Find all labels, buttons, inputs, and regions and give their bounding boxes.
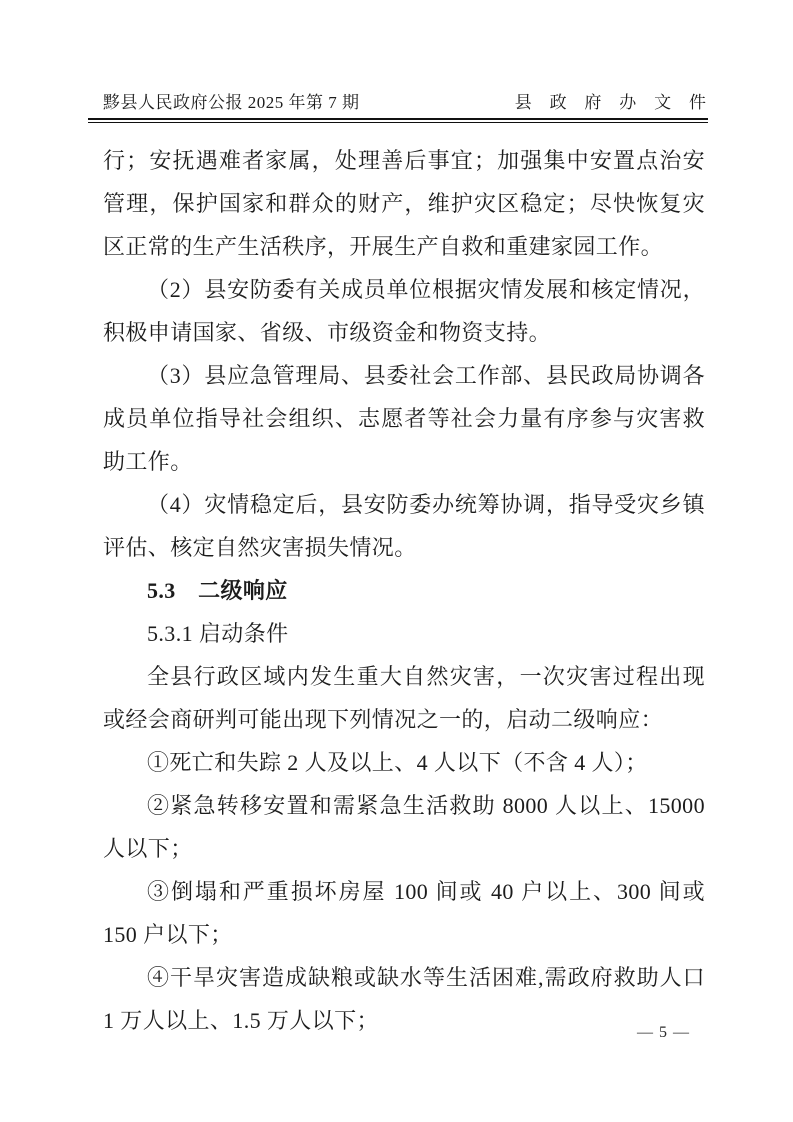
body-paragraph: （4）灾情稳定后，县安防委办统筹协调，指导受灾乡镇评估、核定自然灾害损失情况。 bbox=[103, 483, 705, 569]
header-row: 黟县人民政府公报 2025 年第 7 期 县政府办文件 bbox=[88, 92, 708, 118]
page-header: 黟县人民政府公报 2025 年第 7 期 县政府办文件 bbox=[88, 92, 708, 123]
document-category: 县政府办文件 bbox=[515, 92, 724, 114]
document-page: 黟县人民政府公报 2025 年第 7 期 县政府办文件 行；安抚遇难者家属，处理… bbox=[0, 0, 793, 1122]
page-number: — 5 — bbox=[637, 1024, 690, 1041]
document-body: 行；安抚遇难者家属，处理善后事宜；加强集中安置点治安管理，保护国家和群众的财产，… bbox=[103, 139, 705, 1042]
list-item-1: ①死亡和失踪 2 人及以上、4 人以下（不含 4 人）； bbox=[103, 741, 705, 784]
list-item-2: ②紧急转移安置和需紧急生活救助 8000 人以上、15000 人以下； bbox=[103, 784, 705, 870]
body-paragraph: （2）县安防委有关成员单位根据灾情发展和核定情况，积极申请国家、省级、市级资金和… bbox=[103, 268, 705, 354]
list-item-4: ④干旱灾害造成缺粮或缺水等生活困难,需政府救助人口 1 万人以上、1.5 万人以… bbox=[103, 956, 705, 1042]
gazette-title: 黟县人民政府公报 2025 年第 7 期 bbox=[103, 92, 360, 114]
body-paragraph: 全县行政区域内发生重大自然灾害，一次灾害过程出现或经会商研判可能出现下列情况之一… bbox=[103, 655, 705, 741]
subsection-heading: 5.3.1 启动条件 bbox=[103, 612, 705, 655]
header-double-rule bbox=[88, 118, 708, 123]
page-footer: — 5 — bbox=[617, 1006, 690, 1060]
body-paragraph: 行；安抚遇难者家属，处理善后事宜；加强集中安置点治安管理，保护国家和群众的财产，… bbox=[103, 139, 705, 268]
body-paragraph: （3）县应急管理局、县委社会工作部、县民政局协调各成员单位指导社会组织、志愿者等… bbox=[103, 354, 705, 483]
section-heading: 5.3 二级响应 bbox=[103, 569, 705, 612]
list-item-3: ③倒塌和严重损坏房屋 100 间或 40 户以上、300 间或 150 户以下； bbox=[103, 870, 705, 956]
